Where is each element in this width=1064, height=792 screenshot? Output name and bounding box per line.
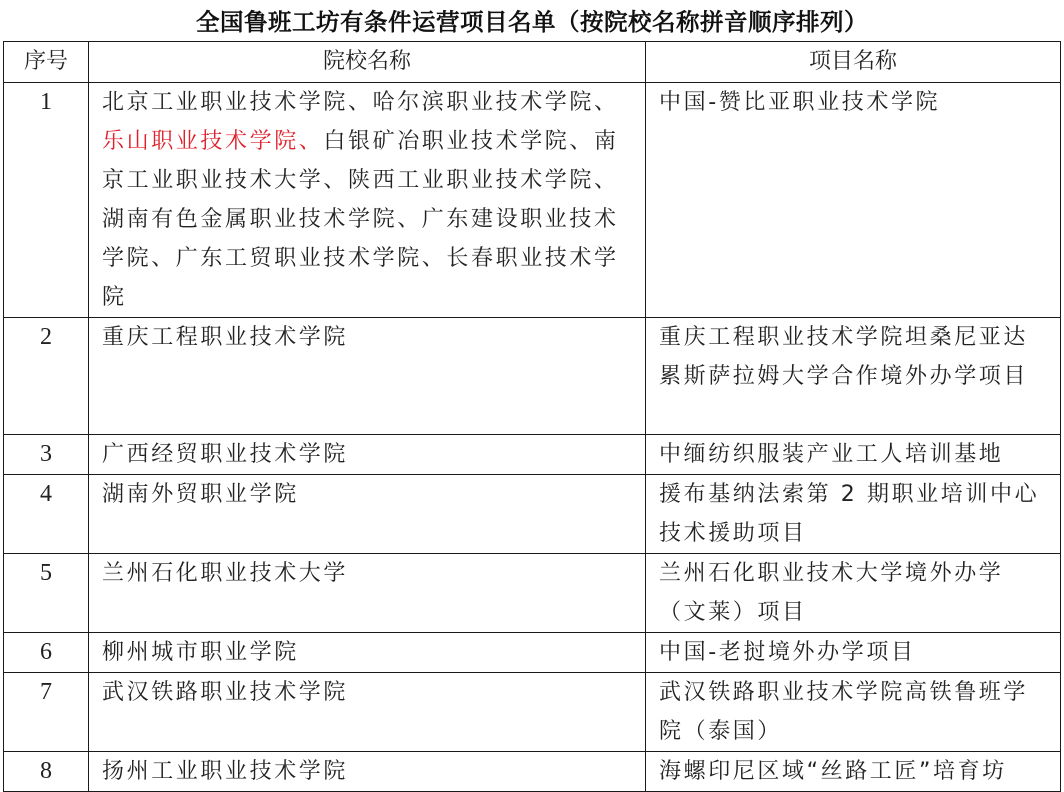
table-row: 4 湖南外贸职业学院 援布基纳法索第 2 期职业培训中心技术援助项目 (4, 475, 1061, 554)
document-title: 全国鲁班工坊有条件运营项目名单（按院校名称拼音顺序排列） (0, 4, 1064, 40)
school-name: 广西经贸职业技术学院 (89, 435, 645, 474)
school-name: 扬州工业职业技术学院 (89, 752, 645, 791)
school-name-cell: 柳州城市职业学院 (89, 633, 646, 673)
project-name: 武汉铁路职业技术学院高铁鲁班学院（泰国） (646, 673, 1060, 751)
row-number: 5 (4, 554, 89, 633)
project-list-table: 序号 院校名称 项目名称 1 北京工业职业技术学院、哈尔滨职业技术学院、乐山职业… (3, 41, 1061, 792)
row-number: 6 (4, 633, 89, 673)
project-name-cell: 重庆工程职业技术学院坦桑尼亚达累斯萨拉姆大学合作境外办学项目 (646, 318, 1061, 435)
table-row: 6 柳州城市职业学院 中国-老挝境外办学项目 (4, 633, 1061, 673)
project-name-cell: 武汉铁路职业技术学院高铁鲁班学院（泰国） (646, 673, 1061, 752)
project-name: 中国-赞比亚职业技术学院 (646, 83, 1060, 122)
project-name-cell: 兰州石化职业技术大学境外办学（文莱）项目 (646, 554, 1061, 633)
project-name-cell: 中国-老挝境外办学项目 (646, 633, 1061, 673)
project-name: 援布基纳法索第 2 期职业培训中心技术援助项目 (646, 475, 1060, 553)
project-name-cell: 援布基纳法索第 2 期职业培训中心技术援助项目 (646, 475, 1061, 554)
school-name-cell: 北京工业职业技术学院、哈尔滨职业技术学院、乐山职业技术学院、白银矿冶职业技术学院… (89, 83, 646, 318)
row-number: 3 (4, 435, 89, 475)
header-no: 序号 (4, 42, 89, 83)
table-row: 2 重庆工程职业技术学院 重庆工程职业技术学院坦桑尼亚达累斯萨拉姆大学合作境外办… (4, 318, 1061, 435)
school-names-part: 白银矿冶职业技术学院、南京工业职业技术大学、陕西工业职业技术学院、湖南有色金属职… (102, 129, 619, 310)
school-name: 重庆工程职业技术学院 (89, 318, 645, 357)
project-name-cell: 中国-赞比亚职业技术学院 (646, 83, 1061, 318)
table-header-row: 序号 院校名称 项目名称 (4, 42, 1061, 83)
school-name: 兰州石化职业技术大学 (89, 554, 645, 593)
row-number: 7 (4, 673, 89, 752)
project-name: 中缅纺织服装产业工人培训基地 (646, 435, 1060, 474)
header-school: 院校名称 (89, 42, 646, 83)
row-number: 4 (4, 475, 89, 554)
school-name: 湖南外贸职业学院 (89, 475, 645, 514)
table-row: 1 北京工业职业技术学院、哈尔滨职业技术学院、乐山职业技术学院、白银矿冶职业技术… (4, 83, 1061, 318)
school-name-cell: 扬州工业职业技术学院 (89, 752, 646, 792)
project-name: 兰州石化职业技术大学境外办学（文莱）项目 (646, 554, 1060, 632)
school-name-cell: 武汉铁路职业技术学院 (89, 673, 646, 752)
school-name-cell: 广西经贸职业技术学院 (89, 435, 646, 475)
school-name-cell: 重庆工程职业技术学院 (89, 318, 646, 435)
row-number: 2 (4, 318, 89, 435)
table-row: 7 武汉铁路职业技术学院 武汉铁路职业技术学院高铁鲁班学院（泰国） (4, 673, 1061, 752)
project-name-cell: 海螺印尼区域“丝路工匠”培育坊 (646, 752, 1061, 792)
project-name: 重庆工程职业技术学院坦桑尼亚达累斯萨拉姆大学合作境外办学项目 (646, 318, 1060, 396)
project-name: 海螺印尼区域“丝路工匠”培育坊 (646, 752, 1060, 791)
row-number: 8 (4, 752, 89, 792)
header-project: 项目名称 (646, 42, 1061, 83)
project-name-cell: 中缅纺织服装产业工人培训基地 (646, 435, 1061, 475)
row-number: 1 (4, 83, 89, 318)
table-row: 8 扬州工业职业技术学院 海螺印尼区域“丝路工匠”培育坊 (4, 752, 1061, 792)
project-name: 中国-老挝境外办学项目 (646, 633, 1060, 672)
school-name-highlighted: 乐山职业技术学院、 (102, 129, 323, 154)
table-row: 5 兰州石化职业技术大学 兰州石化职业技术大学境外办学（文莱）项目 (4, 554, 1061, 633)
table-row: 3 广西经贸职业技术学院 中缅纺织服装产业工人培训基地 (4, 435, 1061, 475)
school-names-part: 北京工业职业技术学院、哈尔滨职业技术学院、 (102, 90, 619, 115)
school-name-cell: 兰州石化职业技术大学 (89, 554, 646, 633)
school-name: 武汉铁路职业技术学院 (89, 673, 645, 712)
school-name: 柳州城市职业学院 (89, 633, 645, 672)
school-name-cell: 湖南外贸职业学院 (89, 475, 646, 554)
